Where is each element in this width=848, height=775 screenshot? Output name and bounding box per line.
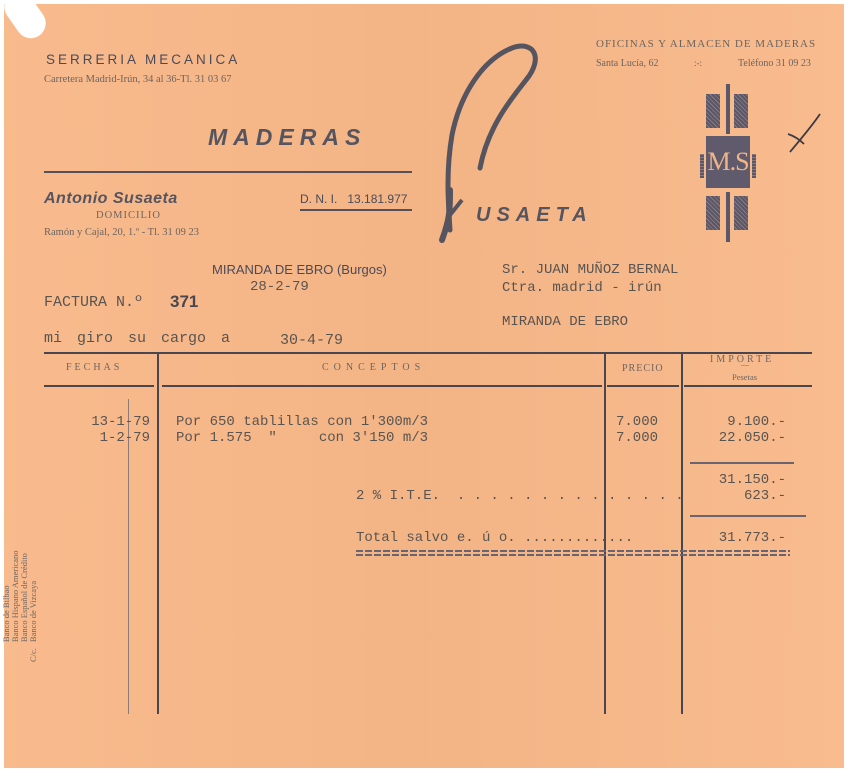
handwritten-check-icon [784, 112, 824, 156]
row-2-fecha: 1-2-79 [70, 430, 150, 446]
bank-prefix: C/c. [29, 648, 38, 662]
total-rule [690, 515, 806, 517]
row-2-importe: 22.050.- [694, 430, 786, 446]
header-importe-dash: — [741, 360, 749, 369]
dni-label: D. N. I. [300, 192, 337, 206]
header-fechas: FECHAS [66, 362, 122, 373]
brand-underline [44, 171, 412, 173]
owner-name: Antonio Susaeta [44, 190, 178, 208]
recipient-address: Ctra. madrid - irún [502, 280, 662, 296]
total-label: Total salvo e. ú o. ............. [356, 530, 633, 546]
invoice-date: 28-2-79 [250, 279, 309, 295]
brand-word-maderas: MADERAS [208, 124, 366, 151]
dni-value: 13.181.977 [347, 192, 407, 206]
invoice-place: MIRANDA DE EBRO (Burgos) [212, 262, 387, 277]
header-importe-unit: Pesetas [732, 372, 757, 382]
table-col-divider-1 [157, 354, 159, 714]
subtotal-rule [690, 462, 794, 464]
recipient-city: MIRANDA DE EBRO [502, 314, 628, 330]
table-header-rule-conceptos [162, 385, 602, 387]
offices-title: OFICINAS Y ALMACEN DE MADERAS [596, 38, 816, 50]
table-header-rule-precio [607, 385, 679, 387]
subtotal-amount: 31.150.- [694, 472, 786, 488]
offices-phone: Teléfono 31 09 23 [738, 58, 811, 69]
row-2-precio: 7.000 [616, 430, 658, 446]
tax-amount: 623.- [694, 488, 786, 504]
company-name: SERRERIA MECANICA [46, 52, 240, 67]
table-header-rule-fechas [44, 385, 154, 387]
company-address: Carretera Madrid-Irún, 34 al 36-Tl. 31 0… [44, 74, 231, 85]
domicilio-label: DOMICILIO [96, 210, 161, 221]
row-2-concepto: Por 1.575 " con 3'150 m/3 [176, 430, 428, 446]
table-top-rule [44, 352, 812, 354]
table-col-faint-divider [128, 399, 129, 714]
row-1-importe: 9.100.- [694, 414, 786, 430]
header-precio: PRECIO [622, 363, 664, 374]
table-header-rule-importe [684, 385, 812, 387]
domicilio-address: Ramón y Cajal, 20, 1.º - Tl. 31 09 23 [44, 227, 199, 238]
total-double-rule-1 [356, 550, 790, 552]
monogram-text: M.S [706, 136, 750, 188]
total-amount: 31.773.- [694, 530, 786, 546]
table-col-divider-3 [681, 354, 683, 714]
dni-underline [300, 209, 412, 211]
header-conceptos: CONCEPTOS [322, 362, 425, 373]
row-1-fecha: 13-1-79 [70, 414, 150, 430]
invoice-number: 371 [170, 292, 198, 312]
payment-due-date: 30-4-79 [280, 332, 343, 349]
logo-wordmark: USAETA [476, 204, 593, 227]
recipient-name: Sr. JUAN MUÑOZ BERNAL [502, 262, 678, 278]
ms-monogram-icon: M.S [700, 84, 764, 244]
dni: D. N. I. 13.181.977 [300, 192, 407, 206]
row-1-precio: 7.000 [616, 414, 658, 430]
payment-terms-label: mi giro su cargo a [44, 330, 230, 347]
total-double-rule-2 [356, 554, 790, 556]
bank-item: Banco de Vizcaya [29, 550, 38, 642]
invoice-number-label: FACTURA N.º [44, 294, 143, 311]
bank-list: C/c. Banco de Bilbao Banco Hispano Ameri… [2, 502, 38, 662]
invoice-paper: SERRERIA MECANICA Carretera Madrid-Irún,… [4, 4, 844, 768]
offices-address: Santa Lucía, 62 [596, 58, 658, 69]
row-1-concepto: Por 650 tablillas con 1'300m/3 [176, 414, 428, 430]
offices-separator: :-: [694, 58, 702, 68]
tax-label: 2 % I.T.E. . . . . . . . . . . . . . . [356, 488, 684, 504]
